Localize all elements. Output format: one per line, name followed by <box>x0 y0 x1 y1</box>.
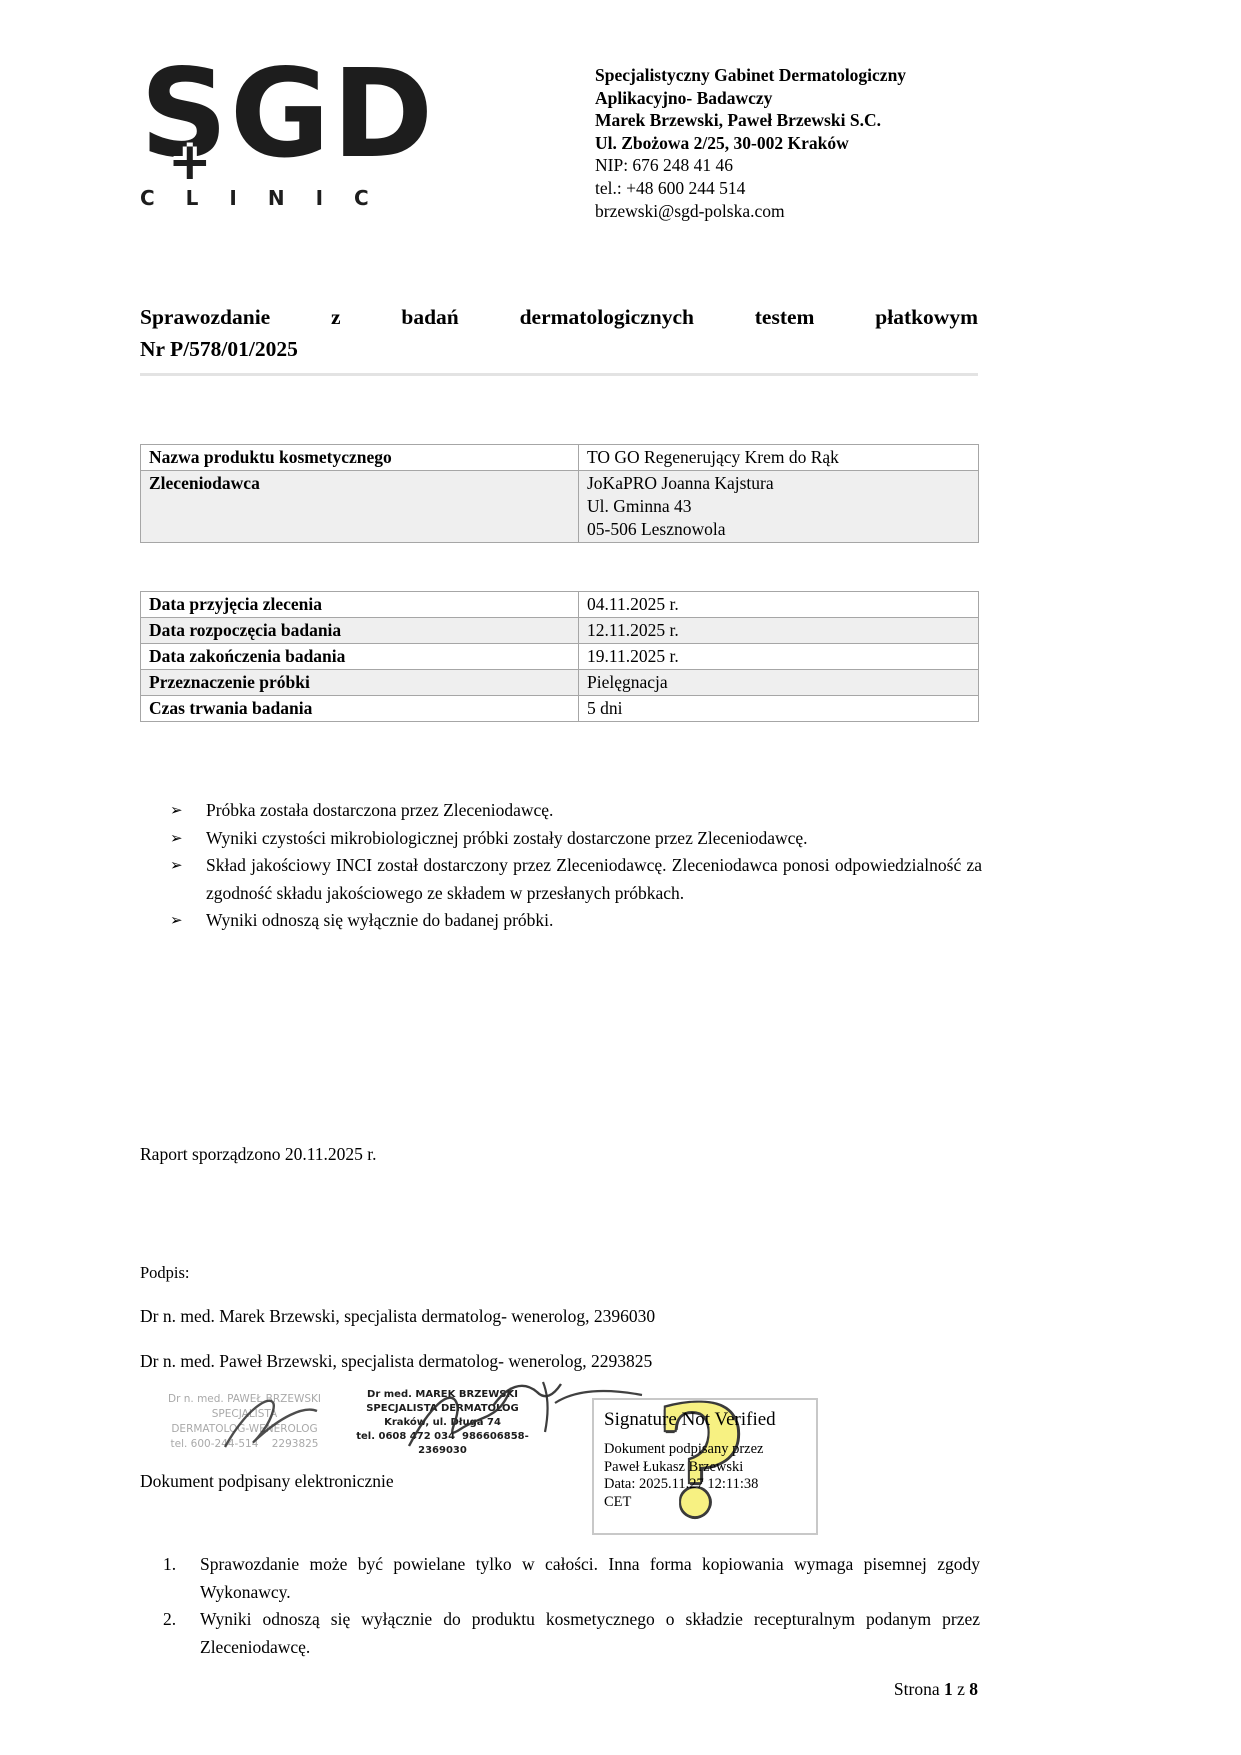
table-row: Czas trwania badania 5 dni <box>141 696 979 722</box>
stamp-marek-brzewski: Dr med. MAREK BRZEWSKI SPECJALISTA DERMA… <box>350 1388 535 1458</box>
disclaimer-bullet-list: ➢ Próbka została dostarczona przez Zlece… <box>170 797 982 935</box>
stamp-line: SPECJALISTA DERMATOLOG <box>350 1402 535 1416</box>
sgd-clinic-logo: SGD + CLINIC <box>140 52 440 210</box>
verify-box-title: Signature Not Verified <box>604 1409 806 1431</box>
date-label: Data rozpoczęcia badania <box>141 618 579 644</box>
company-address-line: Ul. Zbożowa 2/25, 30-002 Kraków <box>595 132 1015 155</box>
list-item: 2. Wyniki odnoszą się wyłącznie do produ… <box>163 1606 980 1661</box>
bullet-text: Próbka została dostarczona przez Zleceni… <box>206 797 982 825</box>
stamp-pawel-brzewski: Dr n. med. PAWEŁ BRZEWSKI SPECJALISTA DE… <box>142 1392 347 1452</box>
table-row: Zleceniodawca JoKaPRO Joanna Kajstura Ul… <box>141 471 979 543</box>
company-name-line: Aplikacyjno- Badawczy <box>595 87 1015 110</box>
doctor-line: Dr n. med. Marek Brzewski, specjalista d… <box>140 1306 655 1327</box>
date-label: Data przyjęcia zlecenia <box>141 592 579 618</box>
page-number: Strona 1 z 8 <box>140 1679 978 1700</box>
note-text: Wyniki odnoszą się wyłącznie do produktu… <box>200 1606 980 1661</box>
client-city: 05-506 Lesznowola <box>587 518 970 541</box>
product-table: Nazwa produktu kosmetycznego TO GO Regen… <box>140 444 979 543</box>
company-nip-line: NIP: 676 248 41 46 <box>595 154 1015 177</box>
table-row: Nazwa produktu kosmetycznego TO GO Regen… <box>141 445 979 471</box>
date-value: 12.11.2025 r. <box>579 618 979 644</box>
stamp-line: SPECJALISTA <box>142 1407 347 1422</box>
page-number-label: Strona <box>894 1679 944 1699</box>
note-text: Sprawozdanie może być powielane tylko w … <box>200 1551 980 1606</box>
electronic-signature-note: Dokument podpisany elektronicznie <box>140 1471 394 1492</box>
bullet-text: Wyniki czystości mikrobiologicznej próbk… <box>206 825 982 853</box>
page-title: Sprawozdanie z badań dermatologicznych t… <box>140 301 978 376</box>
purpose-value: Pielęgnacja <box>579 670 979 696</box>
table-row: Przeznaczenie próbki Pielęgnacja <box>141 670 979 696</box>
page-title-line2: Nr P/578/01/2025 <box>140 333 978 365</box>
stamp-line: Kraków, ul. Długa 74 <box>350 1416 535 1430</box>
verify-box-line: CET <box>604 1494 806 1512</box>
medical-plus-icon: + <box>168 132 212 192</box>
arrow-bullet-icon: ➢ <box>170 907 206 935</box>
client-street: Ul. Gminna 43 <box>587 495 970 518</box>
arrow-bullet-icon: ➢ <box>170 797 206 825</box>
report-date-line: Raport sporządzono 20.11.2025 r. <box>140 1144 377 1165</box>
signature-label: Podpis: <box>140 1263 190 1283</box>
table-row: Data zakończenia badania 19.11.2025 r. <box>141 644 979 670</box>
list-item: ➢ Wyniki odnoszą się wyłącznie do badane… <box>170 907 982 935</box>
bullet-text: Wyniki odnoszą się wyłącznie do badanej … <box>206 907 982 935</box>
date-label: Data zakończenia badania <box>141 644 579 670</box>
stamp-line: tel. 0608 472 034 986606858-2369030 <box>350 1430 535 1458</box>
company-owners-line: Marek Brzewski, Paweł Brzewski S.C. <box>595 109 1015 132</box>
list-item: 1. Sprawozdanie może być powielane tylko… <box>163 1551 980 1606</box>
bullet-text: Skład jakościowy INCI został dostarczony… <box>206 852 982 907</box>
verify-box-line: Dokument podpisany przez <box>604 1441 806 1459</box>
list-item: ➢ Skład jakościowy INCI został dostarczo… <box>170 852 982 907</box>
company-contact-block: Specjalistyczny Gabinet Dermatologiczny … <box>595 64 1015 222</box>
duration-value: 5 dni <box>579 696 979 722</box>
legal-notes-list: 1. Sprawozdanie może być powielane tylko… <box>163 1551 980 1661</box>
date-value: 04.11.2025 r. <box>579 592 979 618</box>
page-title-line1: Sprawozdanie z badań dermatologicznych t… <box>140 301 978 333</box>
purpose-label: Przeznaczenie próbki <box>141 670 579 696</box>
page-number-current: 1 <box>944 1679 953 1699</box>
arrow-bullet-icon: ➢ <box>170 825 206 853</box>
company-email-line: brzewski@sgd-polska.com <box>595 200 1015 223</box>
client-label: Zleceniodawca <box>141 471 579 543</box>
product-name-value: TO GO Regenerujący Krem do Rąk <box>579 445 979 471</box>
duration-label: Czas trwania badania <box>141 696 579 722</box>
signature-verify-box: ? Signature Not Verified Dokument podpis… <box>592 1398 818 1535</box>
note-number: 2. <box>163 1606 200 1661</box>
verify-box-content: Signature Not Verified Dokument podpisan… <box>594 1400 816 1511</box>
note-number: 1. <box>163 1551 200 1606</box>
page-number-total: 8 <box>969 1679 978 1699</box>
product-name-label: Nazwa produktu kosmetycznego <box>141 445 579 471</box>
stamp-line: DERMATOLOG-WENEROLOG <box>142 1422 347 1437</box>
verify-box-line: Paweł Łukasz Brzewski <box>604 1459 806 1477</box>
date-value: 19.11.2025 r. <box>579 644 979 670</box>
stamp-line: tel. 600-244-514 2293825 <box>142 1437 347 1452</box>
company-phone-line: tel.: +48 600 244 514 <box>595 177 1015 200</box>
dates-table: Data przyjęcia zlecenia 04.11.2025 r. Da… <box>140 591 979 722</box>
page-number-separator: z <box>953 1679 970 1699</box>
doctor-line: Dr n. med. Paweł Brzewski, specjalista d… <box>140 1351 652 1372</box>
stamp-line: Dr med. MAREK BRZEWSKI <box>350 1388 535 1402</box>
table-row: Data rozpoczęcia badania 12.11.2025 r. <box>141 618 979 644</box>
arrow-bullet-icon: ➢ <box>170 852 206 907</box>
list-item: ➢ Próbka została dostarczona przez Zlece… <box>170 797 982 825</box>
table-row: Data przyjęcia zlecenia 04.11.2025 r. <box>141 592 979 618</box>
stamp-line: Dr n. med. PAWEŁ BRZEWSKI <box>142 1392 347 1407</box>
client-value: JoKaPRO Joanna Kajstura Ul. Gminna 43 05… <box>579 471 979 543</box>
client-name: JoKaPRO Joanna Kajstura <box>587 472 970 495</box>
verify-box-line: Data: 2025.11.27 12:11:38 <box>604 1476 806 1494</box>
company-name-line: Specjalistyczny Gabinet Dermatologiczny <box>595 64 1015 87</box>
list-item: ➢ Wyniki czystości mikrobiologicznej pró… <box>170 825 982 853</box>
report-page: SGD + CLINIC Specjalistyczny Gabinet Der… <box>0 0 1241 1755</box>
